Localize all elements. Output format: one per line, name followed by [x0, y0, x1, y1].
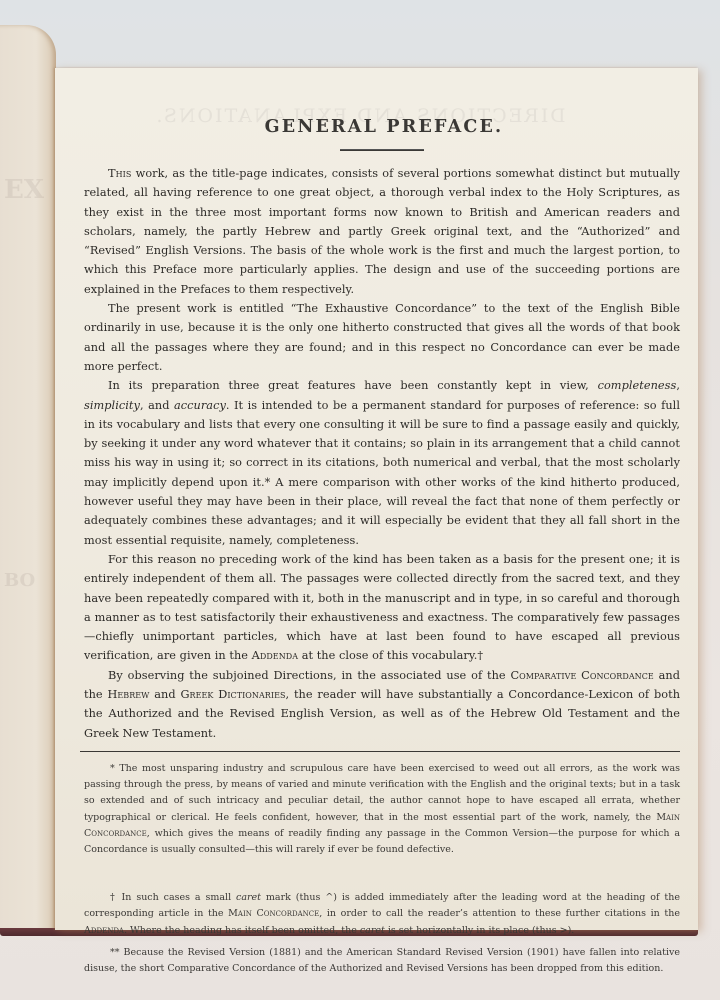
text-run: . It is intended to be a permanent stand… [84, 399, 680, 547]
paragraph: This work, as the title-page indicates, … [84, 164, 680, 299]
smallcaps-text: Main Concordance [228, 908, 319, 919]
paragraph: The present work is entitled “The Exhaus… [84, 299, 680, 376]
text-run: In its preparation three great features … [108, 379, 598, 392]
text-run: , in order to call the reader’s attentio… [319, 908, 680, 919]
footnote-divider [80, 751, 680, 752]
smallcaps-text: Comparative Concordance [510, 669, 653, 682]
smallcaps-text: Addenda [252, 649, 298, 662]
text-run: and [149, 688, 180, 701]
text-run: work, as the title-page indicates, consi… [84, 167, 680, 296]
footnotes: * The most unsparing industry and scrupu… [84, 761, 680, 977]
italic-text: simplicity [84, 399, 140, 412]
text-run: † In such cases a small [110, 892, 236, 903]
title-divider [340, 149, 424, 151]
footnote: * The most unsparing industry and scrupu… [84, 761, 680, 858]
text-run: , which gives the means of readily findi… [84, 828, 680, 855]
left-page-ghost-mark: EX [4, 175, 44, 205]
text-run: . Where the heading has itself been omit… [124, 925, 360, 936]
smallcaps-text: Hebrew [107, 688, 149, 701]
page-title: GENERAL PREFACE. [84, 117, 680, 137]
footnote: ** Because the Revised Version (1881) an… [84, 945, 680, 977]
text-run: , [676, 379, 680, 392]
left-page-edge: EX BO [0, 25, 56, 935]
text-run: * The most unsparing industry and scrupu… [84, 763, 680, 823]
page-content: GENERAL PREFACE. This work, as the title… [84, 117, 680, 977]
text-run: By observing the subjoined Directions, i… [108, 669, 510, 682]
smallcaps-text: This [108, 167, 131, 180]
text-run: at the close of this vocabulary.† [298, 649, 483, 662]
text-run: is set horizontally in its place (thus >… [385, 925, 575, 936]
italic-text: accuracy [174, 399, 226, 412]
text-run: The present work is entitled “The Exhaus… [84, 302, 680, 373]
italic-text: caret [360, 925, 385, 936]
smallcaps-text: Greek Dictionaries [180, 688, 285, 701]
italic-text: caret [236, 892, 261, 903]
smallcaps-text: Addenda [84, 925, 124, 936]
body-text: This work, as the title-page indicates, … [84, 164, 680, 743]
paragraph: By observing the subjoined Directions, i… [84, 666, 680, 743]
paragraph: For this reason no preceding work of the… [84, 550, 680, 666]
text-run: ** Because the Revised Version (1881) an… [84, 947, 680, 974]
footnote: † In such cases a small caret mark (thus… [84, 890, 680, 939]
text-run: , and [140, 399, 174, 412]
text-run: For this reason no preceding work of the… [84, 553, 680, 662]
italic-text: completeness [598, 379, 677, 392]
paragraph: In its preparation three great features … [84, 376, 680, 550]
left-page-ghost-mark: BO [4, 570, 35, 591]
